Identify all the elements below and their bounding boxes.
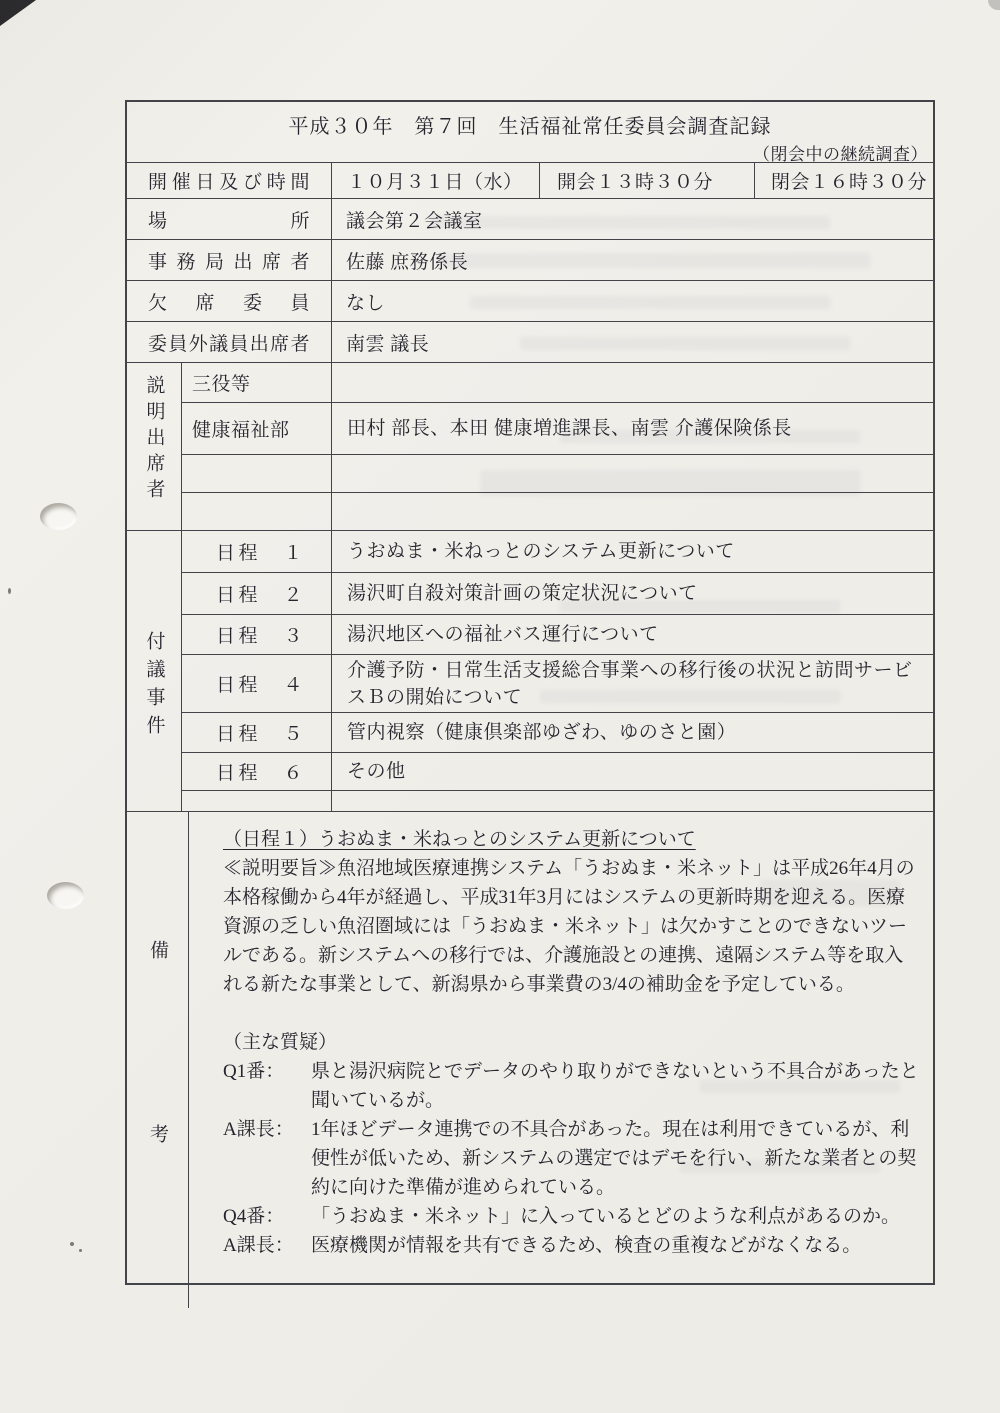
agenda-title: その他 (347, 758, 406, 785)
scan-speck (8, 588, 11, 594)
agenda-no: 日程 ６ (192, 758, 331, 785)
row-value: 南雲 議長 (346, 329, 429, 356)
hole-punch (40, 503, 77, 530)
schedule-open-cell: 開会１３時３０分 (540, 163, 755, 198)
explainers-section-label: 説明出席者 (141, 363, 168, 530)
remarks-heading: （日程１）うおぬま・米ねっとのシステム更新について (223, 825, 919, 854)
hole-punch (47, 882, 84, 909)
qa-text: 「うおぬま・米ネット」に入っているとどのような利点があるのか。 (311, 1202, 919, 1231)
document-title: 平成３０年 第７回 生活福祉常任委員会調査記録 (127, 102, 933, 139)
row-label: 場所 (127, 206, 331, 233)
agenda-title: 管内視察（健康倶楽部ゆざわ、ゆのさと園） (347, 719, 736, 746)
explainers-section: 説明出席者 三役等 健康福祉部 田村 部長、本田 健康増進課長、南雲 介護保険係… (127, 363, 933, 531)
schedule-label-cell: 開催日及び時間 (127, 163, 332, 198)
agenda-title: 湯沢町自殺対策計画の策定状況について (347, 580, 698, 607)
qa-heading: （主な質疑） (223, 1028, 919, 1057)
remarks-section: 備考 （日程１）うおぬま・米ねっとのシステム更新について ≪説明要旨≫魚沼地域医… (127, 812, 933, 1308)
scanned-page: 平成３０年 第７回 生活福祉常任委員会調査記録 （閉会中の継続調査） 開催日及び… (0, 0, 1000, 1413)
document-subtitle: （閉会中の継続調査） (127, 140, 933, 165)
agenda-section: 付議事件 日程 １ うおぬま・米ねっとのシステム更新について 日程 ２ 湯沢町自… (127, 531, 933, 812)
qa-entry: Q4番： 「うおぬま・米ネット」に入っているとどのような利点があるのか。 (223, 1202, 919, 1231)
explainer-group: 健康福祉部 (192, 415, 290, 442)
schedule-open-time: 開会１３時３０分 (557, 167, 713, 194)
table-row (182, 455, 933, 493)
schedule-close-cell: 閉会１６時３０分 (755, 163, 933, 198)
row-label: 事務局出席者 (127, 247, 331, 274)
scan-corner-artifact (988, 0, 1000, 10)
qa-text: 県と湯沢病院とでデータのやり取りができないという不具合があったと聞いているが。 (311, 1057, 919, 1115)
table-row: 三役等 (182, 363, 933, 403)
qa-entry: A課長： 1年ほどデータ連携での不具合があった。現在は利用できているが、利便性が… (223, 1115, 919, 1202)
agenda-row: 日程 ５ 管内視察（健康倶楽部ゆざわ、ゆのさと園） (182, 713, 933, 753)
row-value: 佐藤 庶務係長 (346, 247, 468, 274)
row-label: 欠席委員 (127, 288, 331, 315)
agenda-no: 日程 ３ (192, 621, 331, 648)
table-row-nonmember: 委員外議員出席者 南雲 議長 (127, 322, 933, 363)
qa-speaker: A課長： (223, 1115, 311, 1202)
row-value: なし (346, 288, 385, 315)
remarks-section-label: 備考 (144, 812, 171, 1308)
agenda-no: 日程 １ (192, 538, 331, 565)
agenda-row: 日程 ６ その他 (182, 753, 933, 791)
row-label: 委員外議員出席者 (127, 329, 331, 356)
table-row-absent: 欠席委員 なし (127, 281, 933, 322)
agenda-row: 日程 ３ 湯沢地区への福祉バス運行について (182, 615, 933, 655)
title-row: 平成３０年 第７回 生活福祉常任委員会調査記録 （閉会中の継続調査） (127, 102, 933, 163)
table-row (182, 493, 933, 530)
scan-corner-artifact (0, 0, 36, 26)
explainer-group: 三役等 (192, 369, 251, 396)
qa-text: 1年ほどデータ連携での不具合があった。現在は利用できているが、利便性が低いため、… (311, 1115, 919, 1202)
table-row: 健康福祉部 田村 部長、本田 健康増進課長、南雲 介護保険係長 (182, 403, 933, 455)
schedule-label: 開催日及び時間 (127, 167, 331, 194)
qa-entry: Q1番： 県と湯沢病院とでデータのやり取りができないという不具合があったと聞いて… (223, 1057, 919, 1115)
qa-entry: A課長： 医療機関が情報を共有できるため、検査の重複などがなくなる。 (223, 1231, 919, 1260)
remarks-summary: ≪説明要旨≫魚沼地域医療連携システム「うおぬま・米ネット」は平成26年4月の本格… (223, 854, 919, 999)
agenda-title: 湯沢地区への福祉バス運行について (347, 621, 659, 648)
schedule-close-time: 閉会１６時３０分 (771, 167, 927, 194)
meeting-record-table: 平成３０年 第７回 生活福祉常任委員会調査記録 （閉会中の継続調査） 開催日及び… (125, 100, 935, 1285)
remarks-body: （日程１）うおぬま・米ねっとのシステム更新について ≪説明要旨≫魚沼地域医療連携… (189, 812, 933, 1308)
table-row-secretariat: 事務局出席者 佐藤 庶務係長 (127, 240, 933, 281)
agenda-title: 介護予防・日常生活支援総合事業への移行後の状況と訪問サービスＢの開始について (347, 657, 925, 711)
qa-text: 医療機関が情報を共有できるため、検査の重複などがなくなる。 (311, 1231, 919, 1260)
agenda-row: 日程 ２ 湯沢町自殺対策計画の策定状況について (182, 573, 933, 615)
agenda-row (182, 791, 933, 811)
agenda-row: 日程 ４ 介護予防・日常生活支援総合事業への移行後の状況と訪問サービスＢの開始に… (182, 655, 933, 713)
table-row-place: 場所 議会第２会議室 (127, 199, 933, 240)
qa-speaker: Q1番： (223, 1057, 311, 1115)
agenda-no: 日程 ５ (192, 719, 331, 746)
schedule-date-cell: １０月３１日（水） (332, 163, 540, 198)
qa-speaker: A課長： (223, 1231, 311, 1260)
agenda-title: うおぬま・米ねっとのシステム更新について (347, 538, 735, 565)
schedule-row: 開催日及び時間 １０月３１日（水） 開会１３時３０分 閉会１６時３０分 (127, 163, 933, 199)
agenda-no: 日程 ４ (192, 670, 331, 697)
row-value: 議会第２会議室 (346, 206, 483, 233)
agenda-no: 日程 ２ (192, 580, 331, 607)
explainer-names: 田村 部長、本田 健康増進課長、南雲 介護保険係長 (347, 415, 792, 442)
qa-speaker: Q4番： (223, 1202, 311, 1231)
agenda-row: 日程 １ うおぬま・米ねっとのシステム更新について (182, 531, 933, 573)
scan-speck (79, 1249, 82, 1252)
scan-speck (70, 1242, 74, 1246)
agenda-section-label: 付議事件 (141, 531, 168, 811)
schedule-date: １０月３１日（水） (347, 167, 523, 194)
